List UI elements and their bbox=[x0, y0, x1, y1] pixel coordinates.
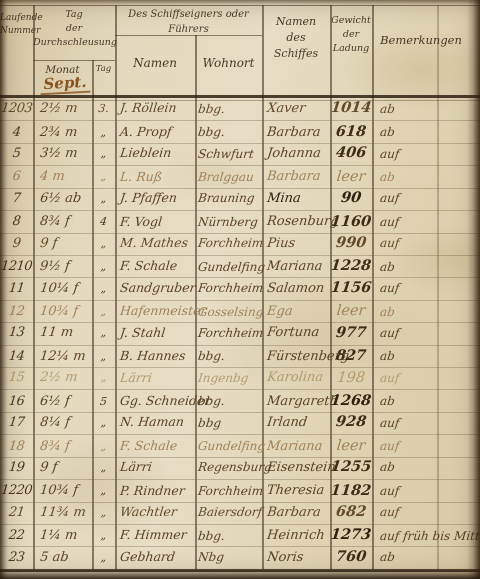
cell-running-number: 6 bbox=[0, 170, 34, 183]
cell-residence: Forchheim bbox=[194, 327, 262, 339]
cell-day: „ bbox=[91, 462, 115, 473]
cell-remark: auf bbox=[371, 417, 480, 429]
cell-ship-name: Xaver bbox=[261, 102, 331, 115]
cell-owner-name: B. Hannes bbox=[114, 350, 195, 363]
table-row: 9 9 f „ M. Mathes Forchheim Pius 990 auf bbox=[0, 234, 480, 256]
cell-remark: ab bbox=[371, 171, 480, 183]
cell-day: „ bbox=[91, 485, 115, 496]
cell-running-number: 18 bbox=[0, 440, 34, 453]
cell-lock-time: 8¼ f bbox=[32, 416, 93, 429]
cell-running-number: 22 bbox=[0, 529, 34, 542]
cell-cargo-weight: 928 bbox=[329, 415, 373, 430]
cell-remark: auf bbox=[371, 216, 480, 228]
cell-running-number: 16 bbox=[0, 395, 34, 408]
cell-owner-name: F. Schale bbox=[114, 440, 195, 453]
cell-lock-time: 10¼ f bbox=[32, 282, 93, 295]
cell-owner-name: J. Pfaffen bbox=[114, 192, 196, 205]
cell-cargo-weight: 990 bbox=[329, 236, 373, 251]
cell-owner-name: Wachtler bbox=[114, 506, 196, 519]
cell-lock-time: 6½ f bbox=[32, 395, 92, 408]
cell-residence: Nürnberg bbox=[194, 216, 262, 228]
cell-day: „ bbox=[91, 238, 115, 249]
cell-running-number: 4 bbox=[0, 126, 34, 139]
cell-lock-time: 4 m bbox=[32, 170, 92, 183]
cell-remark: auf bbox=[371, 148, 480, 160]
cell-day: „ bbox=[91, 552, 115, 563]
table-row: 13 11 m „ J. Stahl Forchheim Fortuna 977… bbox=[0, 323, 480, 345]
cell-day: 4 bbox=[91, 216, 115, 227]
cell-ship-name: Rosenburg bbox=[261, 215, 330, 228]
cell-remark: ab bbox=[371, 103, 480, 115]
cell-lock-time: 8¾ f bbox=[32, 215, 92, 228]
cell-day: „ bbox=[91, 417, 115, 428]
cell-owner-name: P. Rindner bbox=[114, 485, 195, 498]
cell-remark: auf bbox=[371, 485, 480, 497]
table-row: 22 1¼ m „ F. Himmer bbg. Heinrich 1273 a… bbox=[0, 525, 480, 547]
cell-remark: auf bbox=[371, 372, 480, 384]
cell-owner-name: A. Propf bbox=[114, 126, 195, 139]
cell-owner-name: Sandgruber bbox=[114, 282, 196, 295]
cell-day: „ bbox=[91, 327, 115, 338]
table-row: 17 8¼ f „ N. Haman bbg Irland 928 auf bbox=[0, 413, 480, 435]
table-row: 7 6½ ab „ J. Pfaffen Brauning Mina 90 au… bbox=[0, 189, 480, 211]
cell-lock-time: 2½ m bbox=[32, 371, 93, 384]
cell-day: „ bbox=[91, 261, 115, 272]
table-row: 6 4 m „ L. Ruß Bralggau Barbara leer ab bbox=[0, 166, 480, 188]
cell-residence: bbg. bbox=[194, 395, 262, 407]
cell-ship-name: Mariana bbox=[261, 260, 330, 273]
cell-owner-name: F. Vogl bbox=[114, 216, 195, 229]
cell-owner-name: Lärri bbox=[114, 372, 196, 385]
cell-running-number: 14 bbox=[0, 350, 34, 363]
cell-cargo-weight: 1268 bbox=[329, 394, 373, 409]
cell-day: „ bbox=[91, 441, 115, 452]
cell-ship-name: Johanna bbox=[261, 147, 331, 160]
cell-owner-name: F. Schale bbox=[114, 260, 195, 273]
cell-owner-name: Hafenmeister bbox=[114, 305, 195, 318]
cell-running-number: 1210 bbox=[0, 260, 34, 273]
cell-lock-time: 11¾ m bbox=[32, 506, 93, 519]
table-row: 14 12¼ m „ B. Hannes bbg. Fürstenberg 82… bbox=[0, 346, 480, 368]
cell-remark: auf bbox=[371, 327, 480, 339]
cell-running-number: 8 bbox=[0, 215, 34, 228]
cell-running-number: 7 bbox=[0, 192, 34, 205]
cell-lock-time: 1¼ m bbox=[32, 529, 92, 542]
cell-cargo-weight: leer bbox=[329, 304, 373, 319]
cell-ship-name: Mariana bbox=[261, 440, 330, 453]
cell-residence: Ingenbg bbox=[194, 372, 262, 384]
cell-day: „ bbox=[91, 193, 115, 204]
ledger-page: Laufende Nummer Tag der Durchschleusung … bbox=[0, 0, 480, 579]
table-row: 15 2½ m „ Lärri Ingenbg Karolina 198 auf bbox=[0, 368, 480, 390]
cell-cargo-weight: 977 bbox=[329, 326, 373, 341]
cell-cargo-weight: 682 bbox=[329, 505, 373, 520]
cell-lock-time: 8¾ f bbox=[32, 440, 92, 453]
cell-day: 5 bbox=[91, 396, 115, 407]
cell-ship-name: Fortuna bbox=[261, 326, 331, 339]
cell-ship-name: Barbara bbox=[261, 170, 330, 183]
table-row: 8 8¾ f 4 F. Vogl Nürnberg Rosenburg 1160… bbox=[0, 211, 480, 233]
cell-ship-name: Barbara bbox=[261, 126, 330, 139]
cell-residence: bbg. bbox=[194, 103, 262, 115]
cell-remark: auf bbox=[371, 440, 480, 452]
table-row: 21 11¾ m „ Wachtler Baiersdorf Barbara 6… bbox=[0, 503, 480, 525]
cell-running-number: 23 bbox=[0, 551, 34, 564]
cell-lock-time: 10¾ f bbox=[32, 305, 92, 318]
cell-remark: auf bbox=[371, 237, 480, 249]
cell-day: „ bbox=[91, 148, 115, 159]
table-row: 12 10¾ f „ Hafenmeister Gosselsing Ega l… bbox=[0, 301, 480, 323]
cell-lock-time: 2½ m bbox=[32, 102, 93, 115]
table-row: 19 9 f „ Lärri Regensburg Eisenstein 125… bbox=[0, 458, 480, 480]
cell-owner-name: Lärri bbox=[114, 461, 196, 474]
cell-remark: ab bbox=[371, 350, 480, 362]
table-row: 4 2¾ m „ A. Propf bbg. Barbara 618 ab bbox=[0, 121, 480, 143]
cell-running-number: 12 bbox=[0, 305, 34, 318]
cell-residence: bbg. bbox=[194, 530, 262, 542]
cell-running-number: 17 bbox=[0, 416, 34, 429]
cell-lock-time: 9½ f bbox=[32, 260, 92, 273]
cell-running-number: 19 bbox=[0, 461, 34, 474]
cell-remark: auf bbox=[371, 506, 480, 518]
cell-running-number: 15 bbox=[0, 371, 34, 384]
cell-running-number: 11 bbox=[0, 282, 34, 295]
cell-ship-name: Fürstenberg bbox=[261, 350, 330, 363]
table-body: 1203 2½ m 3. J. Röllein bbg. Xaver 1014 … bbox=[0, 99, 480, 570]
cell-remark: auf bbox=[371, 192, 480, 204]
cell-ship-name: Pius bbox=[261, 237, 331, 250]
table-row: 1220 10¾ f „ P. Rindner Forchheim Theres… bbox=[0, 480, 480, 502]
cell-running-number: 9 bbox=[0, 237, 34, 250]
cell-running-number: 1203 bbox=[0, 102, 34, 115]
cell-residence: Schwfurt bbox=[194, 148, 262, 160]
cell-cargo-weight: 827 bbox=[329, 349, 373, 364]
cell-day: „ bbox=[91, 351, 115, 362]
cell-remark: ab bbox=[371, 395, 480, 407]
cell-owner-name: Gg. Schneider bbox=[114, 395, 195, 408]
cell-remark: ab bbox=[371, 126, 480, 138]
cell-cargo-weight: 1273 bbox=[329, 528, 373, 543]
cell-ship-name: Eisenstein bbox=[261, 461, 331, 474]
cell-residence: Gundelfing bbox=[194, 261, 262, 273]
cell-residence: Baiersdorf bbox=[194, 506, 262, 518]
cell-cargo-weight: 1156 bbox=[329, 281, 373, 296]
cell-cargo-weight: 618 bbox=[329, 125, 373, 140]
table-row: 18 8¾ f „ F. Schale Gundelfing Mariana l… bbox=[0, 435, 480, 457]
cell-remark: auf bbox=[371, 282, 480, 294]
cell-ship-name: Irland bbox=[261, 416, 331, 429]
cell-owner-name: M. Mathes bbox=[114, 237, 196, 250]
cell-ship-name: Karolina bbox=[261, 371, 331, 384]
table-row: 5 3½ m „ Lieblein Schwfurt Johanna 406 a… bbox=[0, 144, 480, 166]
cell-residence: Gosselsing bbox=[194, 306, 262, 318]
cell-cargo-weight: 1255 bbox=[329, 460, 373, 475]
cell-lock-time: 9 f bbox=[32, 461, 93, 474]
cell-lock-time: 6½ ab bbox=[32, 192, 93, 205]
cell-residence: Forchheim bbox=[194, 282, 262, 294]
cell-remark: auf früh bis Mittag bbox=[371, 530, 480, 542]
cell-residence: bbg bbox=[194, 417, 262, 429]
cell-day: „ bbox=[91, 283, 115, 294]
cell-ship-name: Ega bbox=[261, 305, 330, 318]
cell-remark: ab bbox=[371, 551, 480, 563]
cell-lock-time: 2¾ m bbox=[32, 126, 92, 139]
cell-ship-name: Heinrich bbox=[261, 529, 330, 542]
cell-lock-time: 12¼ m bbox=[32, 350, 92, 363]
cell-owner-name: Gebhard bbox=[114, 551, 196, 564]
cell-lock-time: 11 m bbox=[32, 326, 93, 339]
cell-lock-time: 5 ab bbox=[32, 551, 93, 564]
cell-cargo-weight: 1160 bbox=[329, 215, 373, 230]
cell-lock-time: 3½ m bbox=[32, 147, 93, 160]
cell-cargo-weight: 90 bbox=[329, 191, 373, 206]
cell-residence: Bralggau bbox=[194, 171, 262, 183]
cell-day: „ bbox=[91, 127, 115, 138]
cell-day: „ bbox=[91, 530, 115, 541]
cell-lock-time: 10¾ f bbox=[32, 484, 92, 497]
cell-owner-name: J. Stahl bbox=[114, 327, 196, 340]
cell-ship-name: Noris bbox=[261, 551, 331, 564]
cell-remark: ab bbox=[371, 306, 480, 318]
cell-residence: Forchheim bbox=[194, 237, 262, 249]
cell-lock-time: 9 f bbox=[32, 237, 93, 250]
cell-cargo-weight: 760 bbox=[329, 550, 373, 565]
cell-day: 3. bbox=[91, 103, 115, 114]
cell-residence: Brauning bbox=[194, 192, 262, 204]
cell-cargo-weight: leer bbox=[329, 170, 373, 185]
cell-remark: ab bbox=[371, 261, 480, 273]
table-row: 16 6½ f 5 Gg. Schneider bbg. Margareth 1… bbox=[0, 390, 480, 412]
cell-residence: Regensburg bbox=[194, 461, 262, 473]
cell-cargo-weight: 406 bbox=[329, 146, 373, 161]
cell-day: „ bbox=[91, 372, 115, 383]
table-row: 11 10¼ f „ Sandgruber Forchheim Salamon … bbox=[0, 278, 480, 300]
cell-cargo-weight: leer bbox=[329, 439, 373, 454]
cell-ship-name: Barbara bbox=[261, 506, 331, 519]
cell-day: „ bbox=[91, 306, 115, 317]
cell-running-number: 5 bbox=[0, 147, 34, 160]
cell-ship-name: Margareth bbox=[261, 395, 330, 408]
cell-residence: bbg. bbox=[194, 350, 262, 362]
cell-residence: Gundelfing bbox=[194, 440, 262, 452]
cell-running-number: 1220 bbox=[0, 484, 34, 497]
cell-cargo-weight: 198 bbox=[329, 371, 373, 386]
cell-remark: ab bbox=[371, 461, 480, 473]
cell-residence: Forchheim bbox=[194, 485, 262, 497]
cell-owner-name: F. Himmer bbox=[114, 529, 195, 542]
cell-ship-name: Salamon bbox=[261, 282, 331, 295]
cell-ship-name: Mina bbox=[261, 192, 331, 205]
cell-residence: bbg. bbox=[194, 126, 262, 138]
table-row: 1210 9½ f „ F. Schale Gundelfing Mariana… bbox=[0, 256, 480, 278]
cell-owner-name: L. Ruß bbox=[114, 171, 195, 184]
table-row: 23 5 ab „ Gebhard Nbg Noris 760 ab bbox=[0, 547, 480, 569]
cell-day: „ bbox=[91, 171, 115, 182]
cell-cargo-weight: 1014 bbox=[329, 101, 373, 116]
cell-day: „ bbox=[91, 507, 115, 518]
cell-running-number: 21 bbox=[0, 506, 34, 519]
cell-owner-name: Lieblein bbox=[114, 147, 196, 160]
cell-owner-name: N. Haman bbox=[114, 416, 196, 429]
table-row: 1203 2½ m 3. J. Röllein bbg. Xaver 1014 … bbox=[0, 99, 480, 121]
cell-cargo-weight: 1182 bbox=[329, 484, 373, 499]
cell-cargo-weight: 1228 bbox=[329, 259, 373, 274]
cell-residence: Nbg bbox=[194, 551, 262, 563]
cell-ship-name: Theresia bbox=[261, 484, 330, 497]
cell-running-number: 13 bbox=[0, 326, 34, 339]
cell-owner-name: J. Röllein bbox=[114, 102, 196, 115]
